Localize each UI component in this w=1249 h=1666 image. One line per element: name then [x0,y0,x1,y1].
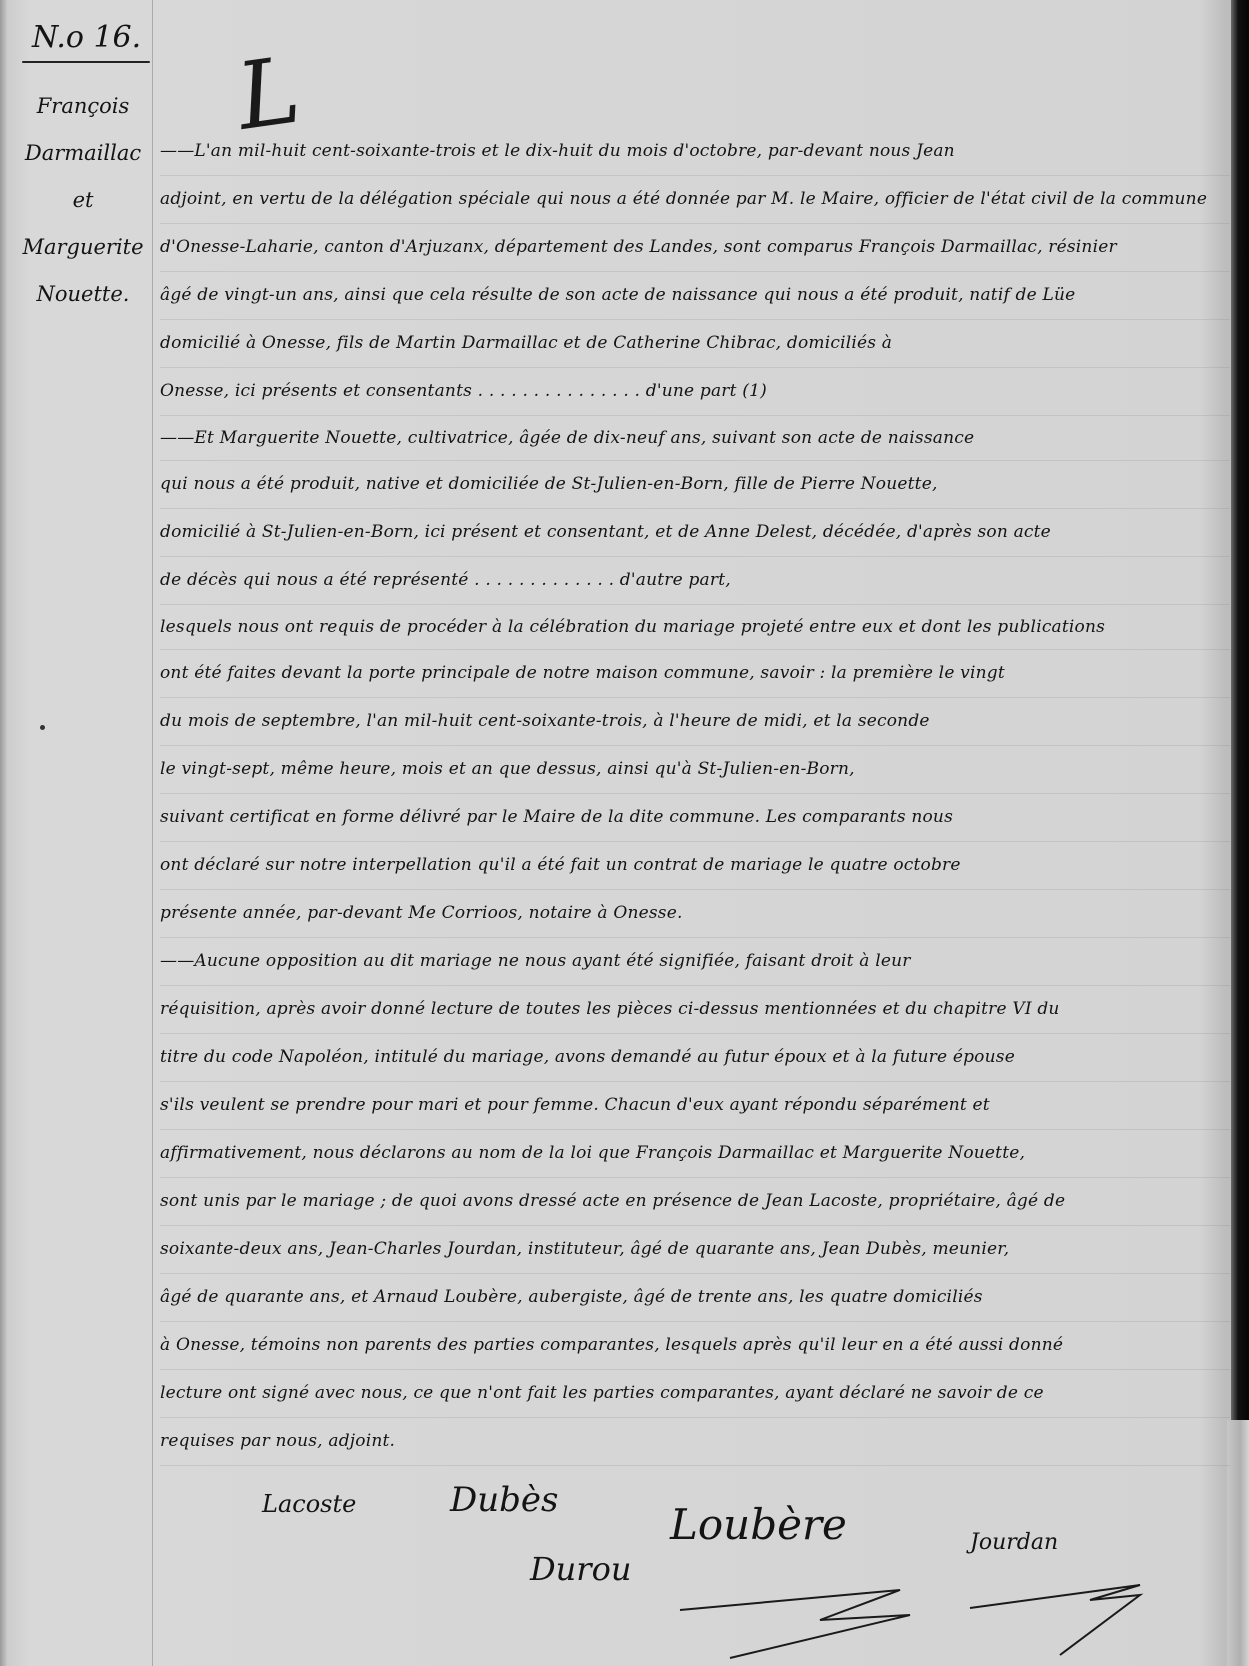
page-left-edge [0,0,8,1666]
text-line: affirmativement, nous déclarons au nom d… [160,1130,1230,1178]
text-line: titre du code Napoléon, intitulé du mari… [160,1034,1230,1082]
text-line: lesquels nous ont requis de procéder à l… [160,605,1230,650]
text-line: d'Onesse-Laharie, canton d'Arjuzanx, dép… [160,224,1230,272]
ink-spot [40,725,45,730]
signature-block: Lacoste Dubès Loubère Durou Jourdan [250,1480,1200,1660]
margin-bride-surname: Nouette. [14,271,152,318]
text-line: à Onesse, témoins non parents des partie… [160,1322,1230,1370]
signature-flourish-icon [670,1570,1190,1660]
text-line: L'an mil-huit cent-soixante-trois et le … [160,128,1230,176]
text-line: sont unis par le mariage ; de quoi avons… [160,1178,1230,1226]
book-binding-lower [1227,1420,1249,1666]
text-line: âgé de quarante ans, et Arnaud Loubère, … [160,1274,1230,1322]
entry-number-underline [22,61,150,63]
text-line: qui nous a été produit, native et domici… [160,461,1230,509]
text-line: domicilié à Onesse, fils de Martin Darma… [160,320,1230,368]
text-line: Onesse, ici présents et consentants . . … [160,368,1230,416]
text-line: présente année, par-devant Me Corrioos, … [160,890,1230,938]
text-line: adjoint, en vertu de la délégation spéci… [160,176,1230,224]
margin-groom-first-name: François [14,83,152,130]
register-page: N.o 16. François Darmaillac et Marguerit… [0,0,1249,1666]
signature-jourdan: Jourdan [970,1530,1058,1555]
text-line: âgé de vingt-un ans, ainsi que cela résu… [160,272,1230,320]
entry-number: N.o 16. [14,20,152,55]
margin-bride-first-name: Marguerite [14,224,152,271]
text-line: ont été faites devant la porte principal… [160,650,1230,698]
text-line: Et Marguerite Nouette, cultivatrice, âgé… [160,416,1230,461]
margin-conjunction: et [14,177,152,224]
margin-rule [152,0,153,1666]
margin-groom-surname: Darmaillac [14,130,152,177]
text-line: le vingt-sept, même heure, mois et an qu… [160,746,1230,794]
signature-lacoste: Lacoste [262,1490,356,1518]
text-line: requises par nous, adjoint. [160,1418,1230,1466]
marriage-act-text: L'an mil-huit cent-soixante-trois et le … [160,128,1230,1466]
text-line: Aucune opposition au dit mariage ne nous… [160,938,1230,986]
signature-loubere: Loubère [670,1500,847,1549]
text-line: s'ils veulent se prendre pour mari et po… [160,1082,1230,1130]
text-line: réquisition, après avoir donné lecture d… [160,986,1230,1034]
signature-durou: Durou [530,1550,631,1588]
margin-annotation: N.o 16. François Darmaillac et Marguerit… [14,20,152,318]
signature-dubes: Dubès [450,1480,559,1520]
text-line: ont déclaré sur notre interpellation qu'… [160,842,1230,890]
text-line: du mois de septembre, l'an mil-huit cent… [160,698,1230,746]
text-line: lecture ont signé avec nous, ce que n'on… [160,1370,1230,1418]
book-binding [1231,0,1249,1666]
text-line: soixante-deux ans, Jean-Charles Jourdan,… [160,1226,1230,1274]
text-line: suivant certificat en forme délivré par … [160,794,1230,842]
text-line: de décès qui nous a été représenté . . .… [160,557,1230,605]
text-line: domicilié à St-Julien-en-Born, ici prése… [160,509,1230,557]
